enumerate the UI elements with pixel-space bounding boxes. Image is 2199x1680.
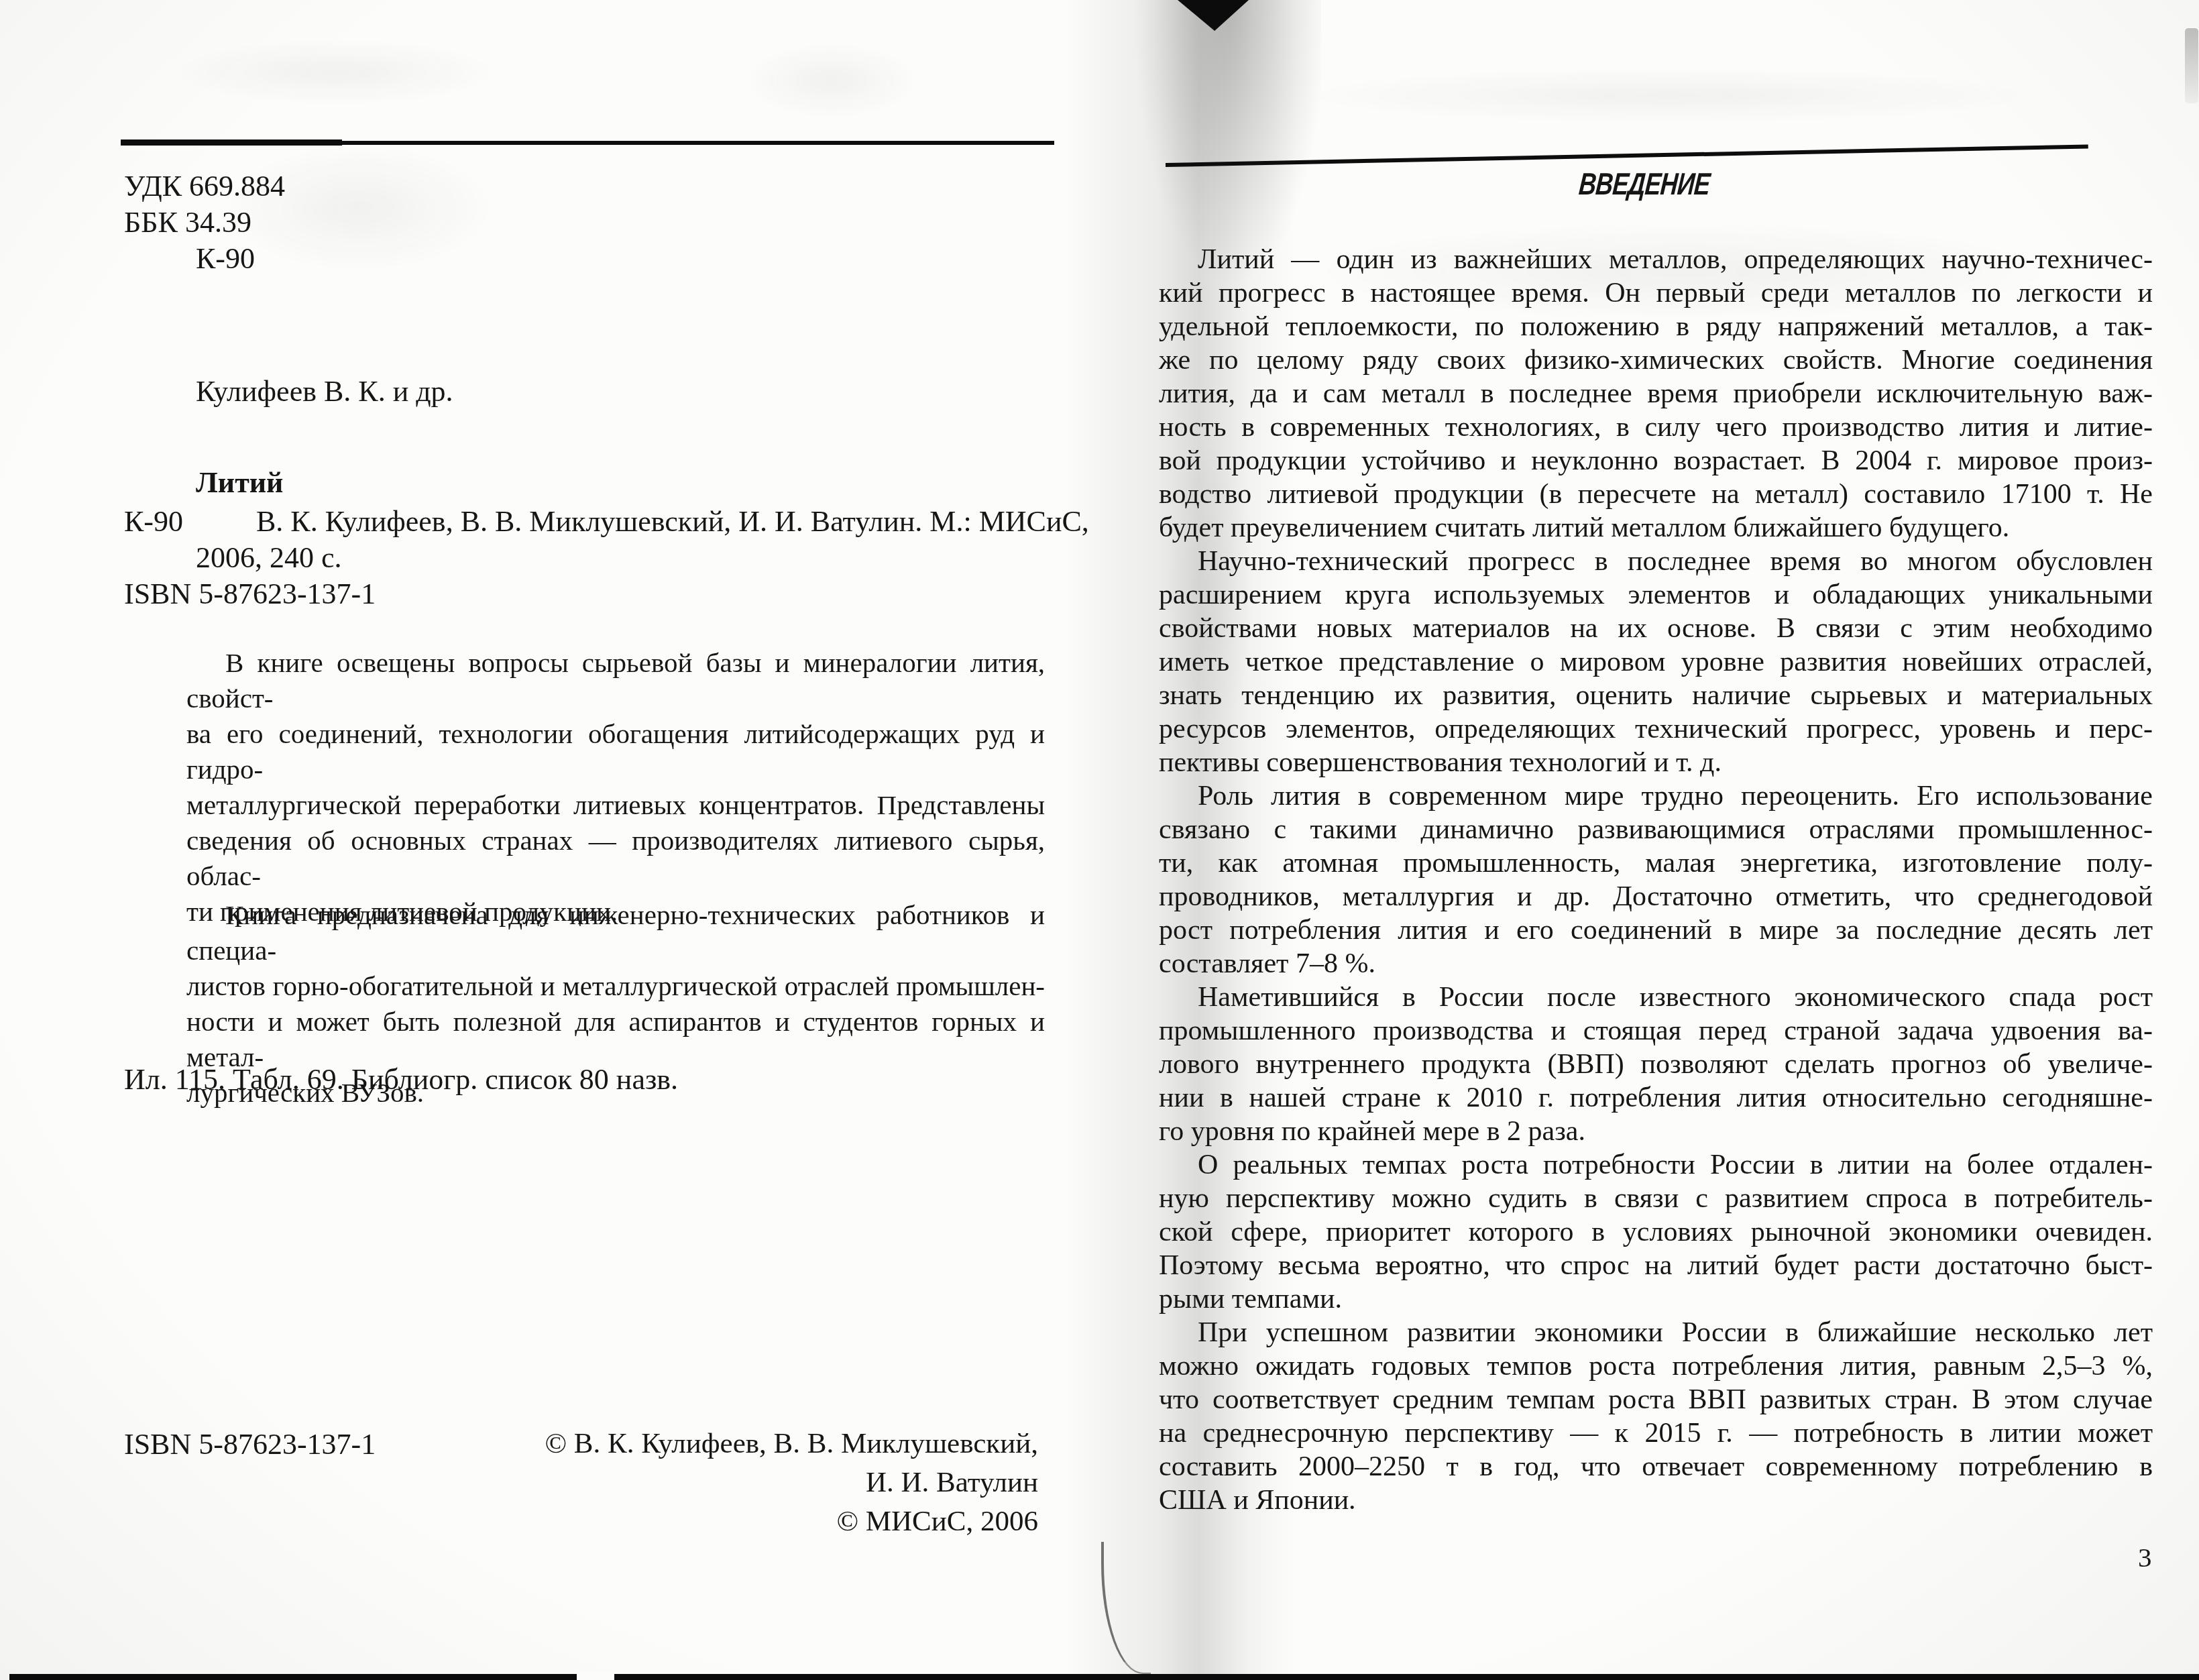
isbn-line-bottom: ISBN 5-87623-137-1 <box>124 1427 376 1461</box>
bbk-line: ББК 34.39 <box>124 205 251 239</box>
text-line: рост потребления лития и его соединений … <box>1159 913 2153 947</box>
text-line: пективы совершенствования технологий и т… <box>1159 746 2153 779</box>
text-line: О реальных темпах роста потребности Росс… <box>1159 1148 2153 1182</box>
text-line: лового внутреннего продукта (ВВП) позвол… <box>1159 1048 2153 1081</box>
text-line: При успешном развитии экономики России в… <box>1159 1316 2153 1349</box>
text-line: свойствами новых материалов на их основе… <box>1159 612 2153 645</box>
text-line: рыми темпами. <box>1159 1282 2153 1316</box>
text-line: США и Японии. <box>1159 1483 2153 1517</box>
ghost-showthrough <box>148 34 523 111</box>
text-line: В книге освещены вопросы сырьевой базы и… <box>186 645 1045 716</box>
author-line: Кулифеев В. К. и др. <box>196 374 453 408</box>
text-line: ской сфере, приоритет которого в условия… <box>1159 1215 2153 1249</box>
text-line: удельной теплоемкости, по положению в ря… <box>1159 310 2153 343</box>
catalog-entry-line-2: 2006, 240 с. <box>196 541 342 575</box>
classification-code: К-90 <box>196 241 255 276</box>
text-line: Книга предназначена для инженерно-технич… <box>186 897 1045 968</box>
annotation-paragraph: В книге освещены вопросы сырьевой базы и… <box>186 645 1045 930</box>
stats-line: Ил. 115. Табл. 69. Библиогр. список 80 н… <box>124 1062 678 1097</box>
book-spread-scan: { "colors": { "paper": "#fcfcfa", "ink":… <box>0 0 2199 1680</box>
text-line: Роль лития в современном мире трудно пер… <box>1159 779 2153 813</box>
text-line: кий прогресс в настоящее время. Он первы… <box>1159 276 2153 310</box>
intro-paragraph-6: При успешном развитии экономики России в… <box>1159 1316 2153 1517</box>
udk-line: УДК 669.884 <box>124 169 285 203</box>
text-line: будет преувеличением считать литий метал… <box>1159 511 2153 545</box>
text-line: ность в современных технологиях, в силу … <box>1159 410 2153 444</box>
text-line: составить 2000–2250 т в год, что отвечае… <box>1159 1450 2153 1483</box>
text-line: же по целому ряду своих физико-химически… <box>1159 343 2153 377</box>
text-line: Научно-технический прогресс в последнее … <box>1159 545 2153 578</box>
text-line: составляет 7–8 %. <box>1159 947 2153 981</box>
left-page-top-rule-thick-end <box>121 139 342 146</box>
text-line: © В. К. Кулифеев, В. В. Миклушевский, <box>537 1424 1038 1463</box>
text-line: водство литиевой продукции (в пересчете … <box>1159 478 2153 511</box>
text-line: Литий — один из важнейших металлов, опре… <box>1159 243 2153 276</box>
scan-edge-mark <box>2185 28 2198 103</box>
book-title: Литий <box>196 465 283 500</box>
text-line: И. И. Ватулин <box>537 1463 1038 1502</box>
scan-bottom-edge-gap <box>577 1672 614 1680</box>
ghost-showthrough <box>731 37 932 124</box>
text-line: нии в нашей стране к 2010 г. потребления… <box>1159 1081 2153 1115</box>
isbn-line-top: ISBN 5-87623-137-1 <box>124 577 376 611</box>
intro-paragraph-4: Наметившийся в России после известного э… <box>1159 981 2153 1148</box>
page-number: 3 <box>2138 1541 2152 1573</box>
text-line: листов горно-обогатительной и металлурги… <box>186 968 1045 1004</box>
text-line: сведения об основных странах — производи… <box>186 823 1045 894</box>
text-line: знать тенденцию их развития, оценить нал… <box>1159 679 2153 712</box>
text-line: Поэтому весьма вероятно, что спрос на ли… <box>1159 1249 2153 1282</box>
text-line: промышленного производства и стоящая пер… <box>1159 1014 2153 1048</box>
text-line: расширением круга используемых элементов… <box>1159 578 2153 612</box>
intro-paragraph-3: Роль лития в современном мире трудно пер… <box>1159 779 2153 981</box>
ghost-showthrough <box>1241 64 2099 127</box>
intro-paragraph-1: Литий — один из важнейших металлов, опре… <box>1159 243 2153 545</box>
text-line: можно ожидать годовых темпов роста потре… <box>1159 1349 2153 1383</box>
text-line: © МИСиС, 2006 <box>537 1502 1038 1541</box>
text-line: что соответствует средним темпам роста В… <box>1159 1383 2153 1416</box>
text-line: ти, как атомная промышленность, малая эн… <box>1159 846 2153 880</box>
catalog-entry-line-1: В. К. Кулифеев, В. В. Миклушевский, И. И… <box>256 504 1089 539</box>
text-line: иметь четкое представление о мировом уро… <box>1159 645 2153 679</box>
text-line: лития, да и сам металл в последнее время… <box>1159 377 2153 410</box>
text-line: ва его соединений, технологии обогащения… <box>186 716 1045 787</box>
intro-paragraph-2: Научно-технический прогресс в последнее … <box>1159 545 2153 779</box>
text-line: ную перспективу можно судить в связи с р… <box>1159 1182 2153 1215</box>
text-line: на среднесрочную перспективу — к 2015 г.… <box>1159 1416 2153 1450</box>
intro-heading: ВВЕДЕНИЕ <box>1554 166 1735 202</box>
text-line: го уровня по крайней мере в 2 раза. <box>1159 1115 2153 1148</box>
intro-paragraph-5: О реальных темпах роста потребности Росс… <box>1159 1148 2153 1316</box>
text-line: вой продукции устойчиво и неуклонно возр… <box>1159 444 2153 478</box>
text-line: связано с такими динамично развивающимис… <box>1159 813 2153 846</box>
text-line: Наметившийся в России после известного э… <box>1159 981 2153 1014</box>
copyright-block: © В. К. Кулифеев, В. В. Миклушевский,И. … <box>537 1424 1038 1541</box>
text-line: ресурсов элементов, определяющих техниче… <box>1159 712 2153 746</box>
scan-bottom-edge <box>9 1674 2199 1680</box>
text-line: проводников, металлургия и др. Достаточн… <box>1159 880 2153 913</box>
intro-body: Литий — один из важнейших металлов, опре… <box>1159 243 2153 1517</box>
text-line: металлургической переработки литиевых ко… <box>186 787 1045 823</box>
catalog-code: К-90 <box>124 504 183 539</box>
